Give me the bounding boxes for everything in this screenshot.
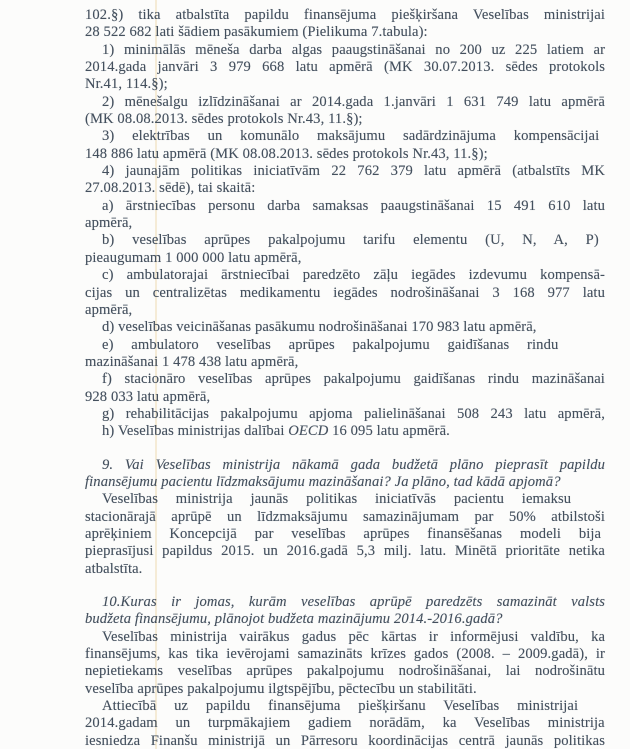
text-line: b) veselības aprūpes pakalpojumu tarifu …: [85, 232, 605, 249]
text-line-content: g) rehabilitācijas pakalpojumu apjoma pa…: [102, 406, 605, 423]
text-line-content: veselība aprūpes pakalpojumu ilgtspējību…: [85, 681, 477, 698]
text-line-content: 27.08.2013. sēdē), tai skaitā:: [85, 180, 255, 197]
text-line: 27.08.2013. sēdē), tai skaitā:: [85, 180, 605, 197]
text-line-content: 2014.gadam un turpmākajiem gadiem norādā…: [85, 715, 605, 732]
text-line-content: 10.Kuras ir jomas, kurām veselības aprūp…: [102, 594, 605, 611]
text-line-content: 4) jaunajām politikas iniciatīvām 22 762…: [102, 163, 605, 180]
text-line-content: 928 033 latu apmērā,: [85, 389, 210, 406]
text-line: 148 886 latu apmērā (MK 08.08.2013. sēde…: [85, 146, 605, 163]
text-line: apmērā,: [85, 215, 605, 232]
text-line-content: stacionārajā aprūpē un līdzmaksājumu sam…: [85, 509, 605, 526]
text-line-content: pieprasījusi papildus 2015. un 2016.gadā…: [85, 543, 605, 560]
text-line: 28 522 682 lati šādiem pasākumiem (Pieli…: [85, 24, 605, 41]
text-line-content: 148 886 latu apmērā (MK 08.08.2013. sēde…: [85, 146, 488, 163]
document-text: 102.§) tika atbalstīta papildu finansēju…: [85, 7, 605, 749]
text-line-content: finansējumu pacientu līdzmaksājumu mazin…: [85, 474, 561, 491]
text-line-content: 28 522 682 lati šādiem pasākumiem (Pieli…: [85, 24, 428, 41]
text-line: Veselības ministrija vairākus gadus pēc …: [85, 629, 605, 646]
text-line-content: aprēķiniem Koncepcijā par veselības aprū…: [85, 526, 601, 543]
text-line-content: 102.§) tika atbalstīta papildu finansēju…: [85, 7, 605, 24]
text-line: Attiecībā uz papildu finansējuma piešķir…: [85, 698, 605, 715]
paragraph-gap: [85, 441, 605, 457]
text-line: 2014.gadam un turpmākajiem gadiem norādā…: [85, 715, 605, 732]
text-line-content: d) veselības veicināšanas pasākumu nodro…: [102, 319, 537, 336]
text-line-content: b) veselības aprūpes pakalpojumu tarifu …: [102, 232, 599, 249]
text-line: g) rehabilitācijas pakalpojumu apjoma pa…: [85, 406, 605, 423]
text-line: cijas un centralizētas medikamentu iegād…: [85, 285, 605, 302]
text-line-content: a) ārstniecības personu darba samaksas p…: [102, 198, 605, 215]
text-line: f) stacionāro veselības aprūpes pakalpoj…: [85, 371, 605, 388]
text-line-content: c) ambulatorajai ārstniecībai paredzēto …: [102, 267, 605, 284]
text-line-content: finansējums, kas tika ievērojami samazin…: [85, 646, 605, 663]
text-line-content: h) Veselības ministrijas dalībai OECD 16…: [102, 423, 450, 440]
text-line: pieprasījusi papildus 2015. un 2016.gadā…: [85, 543, 605, 560]
text-line-content: Veselības ministrija vairākus gadus pēc …: [102, 629, 605, 646]
text-line: Nr.41, 114.§);: [85, 76, 605, 93]
text-line-content: pieaugumam 1 000 000 latu apmērā,: [85, 250, 301, 267]
text-line: pieaugumam 1 000 000 latu apmērā,: [85, 250, 605, 267]
text-line-content: (MK 08.08.2013. sēdes protokols Nr.43, 1…: [85, 111, 363, 128]
document-page: 102.§) tika atbalstīta papildu finansēju…: [0, 0, 630, 749]
text-line-content: nepietiekams veselības aprūpes pakalpoju…: [85, 663, 605, 680]
text-line-content: atbalstīta.: [85, 561, 142, 578]
text-line: veselība aprūpes pakalpojumu ilgtspējību…: [85, 681, 605, 698]
text-line: stacionārajā aprūpē un līdzmaksājumu sam…: [85, 509, 605, 526]
text-line: budžeta finansējumu, plānojot budžeta ma…: [85, 611, 605, 628]
text-line: mazināšanai 1 478 438 latu apmērā,: [85, 354, 605, 371]
text-line: 102.§) tika atbalstīta papildu finansēju…: [85, 7, 605, 24]
text-line: 928 033 latu apmērā,: [85, 389, 605, 406]
text-line: d) veselības veicināšanas pasākumu nodro…: [85, 319, 605, 336]
text-line: Veselības ministrija jaunās politikas in…: [85, 491, 605, 508]
text-line-content: e) ambulatoro veselības aprūpes pakalpoj…: [102, 337, 558, 354]
text-line: (MK 08.08.2013. sēdes protokols Nr.43, 1…: [85, 111, 605, 128]
text-line: aprēķiniem Koncepcijā par veselības aprū…: [85, 526, 605, 543]
text-line: finansējums, kas tika ievērojami samazin…: [85, 646, 605, 663]
text-line-content: Attiecībā uz papildu finansējuma piešķir…: [102, 698, 578, 715]
text-segment: h) Veselības ministrijas dalībai: [102, 423, 288, 439]
text-line-content: mazināšanai 1 478 438 latu apmērā,: [85, 354, 298, 371]
text-line: c) ambulatorajai ārstniecībai paredzēto …: [85, 267, 605, 284]
text-line: e) ambulatoro veselības aprūpes pakalpoj…: [85, 337, 605, 354]
text-line-content: apmērā,: [85, 302, 132, 319]
text-line-content: Nr.41, 114.§);: [85, 76, 168, 93]
text-line: atbalstīta.: [85, 561, 605, 578]
text-line: 9. Vai Veselības ministrija nākamā gada …: [85, 457, 605, 474]
text-line-content: 2) mēnešalgu izlīdzināšanai ar 2014.gada…: [102, 94, 605, 111]
text-line: h) Veselības ministrijas dalībai OECD 16…: [85, 423, 605, 440]
text-line-content: f) stacionāro veselības aprūpes pakalpoj…: [102, 371, 605, 388]
text-line-content: cijas un centralizētas medikamentu iegād…: [85, 285, 605, 302]
text-line-content: 1) minimālās mēneša darba algas paaugsti…: [102, 42, 605, 59]
text-line: finansējumu pacientu līdzmaksājumu mazin…: [85, 474, 605, 491]
text-line: 3) elektrības un komunālo maksājumu sadā…: [85, 128, 605, 145]
text-segment-italic: OECD: [288, 423, 328, 439]
text-segment: 16 095 latu apmērā.: [328, 423, 450, 439]
text-line: 4) jaunajām politikas iniciatīvām 22 762…: [85, 163, 605, 180]
text-line-content: apmērā,: [85, 215, 132, 232]
text-line-content: Veselības ministrija jaunās politikas in…: [102, 491, 571, 508]
paragraph-gap: [85, 578, 605, 594]
text-line: 2014.gada janvāri 3 979 668 latu apmērā …: [85, 59, 605, 76]
text-line: iesniedza Finanšu ministrijā un Pārresor…: [85, 733, 605, 749]
text-line-content: iesniedza Finanšu ministrijā un Pārresor…: [85, 733, 605, 749]
text-line: 1) minimālās mēneša darba algas paaugsti…: [85, 42, 605, 59]
text-line: 2) mēnešalgu izlīdzināšanai ar 2014.gada…: [85, 94, 605, 111]
text-line: 10.Kuras ir jomas, kurām veselības aprūp…: [85, 594, 605, 611]
text-line-content: budžeta finansējumu, plānojot budžeta ma…: [85, 611, 503, 628]
text-line: a) ārstniecības personu darba samaksas p…: [85, 198, 605, 215]
text-line-content: 2014.gada janvāri 3 979 668 latu apmērā …: [85, 59, 605, 76]
text-line: nepietiekams veselības aprūpes pakalpoju…: [85, 663, 605, 680]
text-line-content: 9. Vai Veselības ministrija nākamā gada …: [102, 457, 605, 474]
text-line-content: 3) elektrības un komunālo maksājumu sadā…: [102, 128, 599, 145]
text-line: apmērā,: [85, 302, 605, 319]
